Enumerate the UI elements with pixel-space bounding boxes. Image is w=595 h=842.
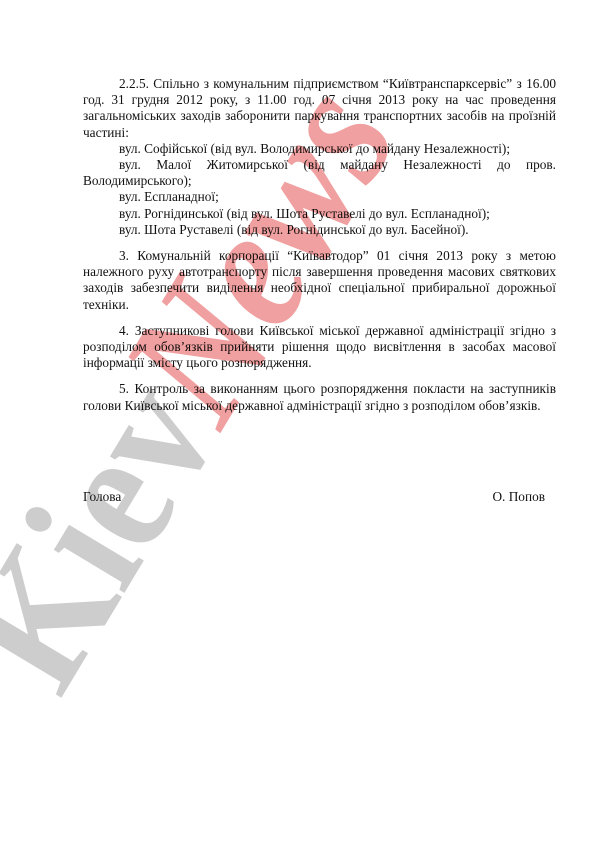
paragraph-4: 4. Заступникові голови Київської міської… xyxy=(83,323,556,372)
street-item: вул. Шота Руставелі (від вул. Рогнідинсь… xyxy=(83,222,556,238)
paragraph-2-2-5: 2.2.5. Спільно з комунальним підприємств… xyxy=(83,76,556,141)
street-item: вул. Еспланадної; xyxy=(83,189,556,205)
signature-name: О. Попов xyxy=(492,489,545,505)
signature-block: Голова О. Попов xyxy=(83,489,545,505)
paragraph-5: 5. Контроль за виконанням цього розпоряд… xyxy=(83,381,556,413)
street-item: вул. Софійської (від вул. Володимирської… xyxy=(83,141,556,157)
signature-title: Голова xyxy=(83,489,121,505)
document-body: 2.2.5. Спільно з комунальним підприємств… xyxy=(83,76,556,414)
street-item: вул. Малої Житомирської (від майдану Нез… xyxy=(83,157,556,189)
document-page: KievNews 2.2.5. Спільно з комунальним пі… xyxy=(0,0,595,842)
street-item: вул. Рогнідинської (від вул. Шота Рустав… xyxy=(83,206,556,222)
paragraph-3: 3. Комунальній корпорації “Київавтодор” … xyxy=(83,248,556,313)
